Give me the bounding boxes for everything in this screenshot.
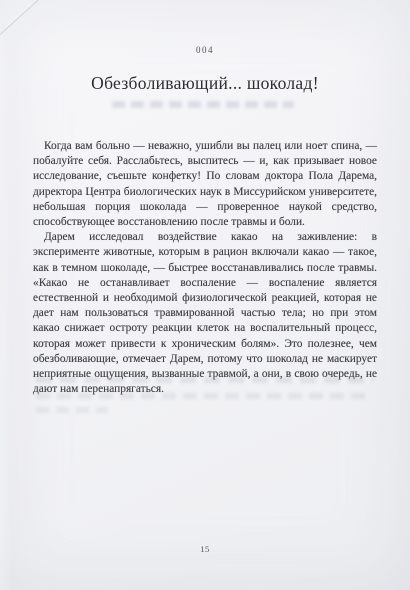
folio-number: 004 xyxy=(0,45,410,55)
page-corner-edge xyxy=(0,0,40,36)
page-number: 15 xyxy=(0,544,410,554)
paragraph-2: Дарем исследовал воздействие какао на за… xyxy=(33,230,377,397)
chapter-title: Обезболивающий... шоколад! xyxy=(0,73,410,94)
showthrough-line xyxy=(36,407,108,413)
body-text: Когда вам больно — неважно, ушибли вы па… xyxy=(33,139,377,397)
showthrough-subtitle xyxy=(112,101,294,108)
book-page-photo: 004 Обезболивающий... шоколад! Когда вам… xyxy=(0,0,410,590)
paragraph-1: Когда вам больно — неважно, ушибли вы па… xyxy=(33,139,377,230)
